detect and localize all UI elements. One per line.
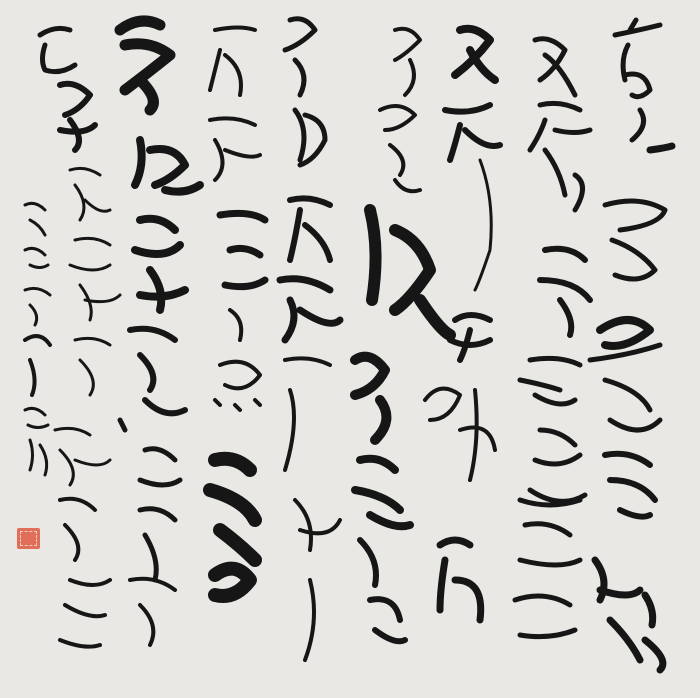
column-2 [515,39,590,637]
artist-seal [17,528,40,549]
column-5 [280,19,340,660]
column-7 [120,21,200,645]
column-1 [590,20,672,670]
signature-inscription [25,203,50,475]
column-8 [40,28,120,646]
column-4 [355,29,450,642]
calligraphy-paper [0,0,700,698]
column-6 [210,28,265,597]
calligraphy-strokes [0,0,700,698]
